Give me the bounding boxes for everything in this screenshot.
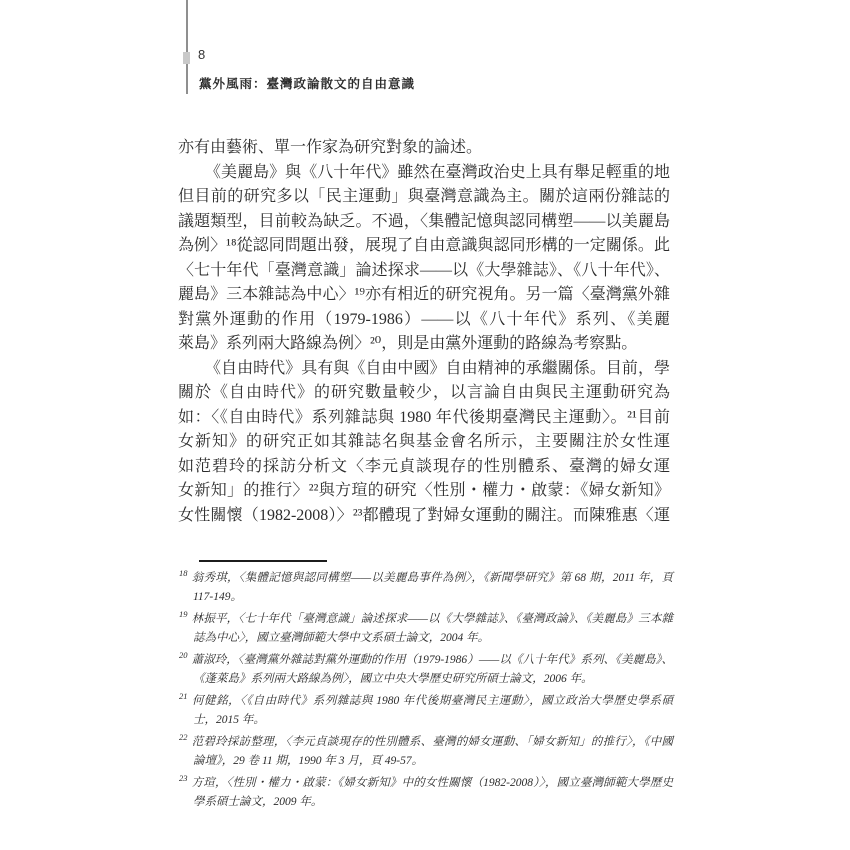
body-line: 《自由時代》具有與《自由中國》自由精神的承繼關係。目前，學界	[178, 357, 670, 382]
body-line: 為例〉¹⁸從認同問題出發，展現了自由意識與認同形構的一定關係。此外，	[178, 234, 670, 259]
body-line: 議題類型，目前較為缺乏。不過，〈集體記憶與認同構塑——以美麗島事件	[178, 210, 670, 235]
footnotes-block: 18翁秀琪，〈集體記憶與認同構塑——以美麗島事件為例〉，《新聞學研究》第 68 …	[179, 569, 673, 815]
footnote-number: 19	[179, 609, 188, 619]
footnote-number: 23	[179, 773, 188, 783]
footnote-text: 蕭淑玲，〈臺灣黨外雜誌對黨外運動的作用（1979-1986）——以《八十年代》系…	[192, 654, 674, 685]
book-page: 8 黨外風雨：臺灣政論散文的自由意識 亦有由藝術、單一作家為研究對象的論述。 《…	[0, 0, 850, 850]
footnote: 22范碧玲採訪整理，〈李元貞談現存的性別體系、臺灣的婦女運動、「婦女新知」的推行…	[179, 733, 673, 770]
running-header-title: 黨外風雨：臺灣政論散文的自由意識	[199, 74, 415, 92]
body-line: 但目前的研究多以「民主運動」與臺灣意識為主。關於這兩份雜誌的自由	[178, 185, 670, 210]
body-line: 如范碧玲的採訪分析文〈李元貞談現存的性別體系、臺灣的婦女運動、「婦	[178, 455, 670, 480]
body-line: 女性關懷（1982-2008）〉²³都體現了對婦女運動的關注。而陳雅惠〈運動	[178, 504, 670, 529]
body-line: 亦有由藝術、單一作家為研究對象的論述。	[178, 136, 670, 161]
margin-rule	[186, 0, 188, 94]
body-line: 麗島》三本雜誌為中心〉¹⁹亦有相近的研究視角。另一篇〈臺灣黨外雜誌	[178, 283, 670, 308]
body-line: 對黨外運動的作用（1979-1986）——以《八十年代》系列、《美麗島》、《蓬	[178, 308, 670, 333]
body-line: 〈七十年代「臺灣意識」論述探求——以《大學雜誌》、《八十年代》、《美	[178, 259, 670, 284]
footnote: 21何健銘，〈《自由時代》系列雜誌與 1980 年代後期臺灣民主運動〉，國立政治…	[179, 692, 673, 729]
footnote-text: 林振平，〈七十年代「臺灣意識」論述探求——以《大學雜誌》、《臺灣政論》、《美麗島…	[192, 613, 674, 644]
footnote-number: 21	[179, 691, 188, 701]
footnote-text: 范碧玲採訪整理，〈李元貞談現存的性別體系、臺灣的婦女運動、「婦女新知」的推行〉，…	[192, 736, 674, 767]
footnote-number: 20	[179, 650, 188, 660]
footnote-text: 何健銘，〈《自由時代》系列雜誌與 1980 年代後期臺灣民主運動〉，國立政治大學…	[192, 695, 674, 726]
footnote-number: 18	[179, 568, 188, 578]
body-line: 萊島》系列兩大路線為例〉²⁰，則是由黨外運動的路線為考察點。	[178, 332, 670, 357]
footnote: 19林振平，〈七十年代「臺灣意識」論述探求——以《大學雜誌》、《臺灣政論》、《美…	[179, 610, 673, 647]
page-number-tick	[183, 52, 190, 64]
footnote-divider	[199, 560, 327, 562]
footnote-text: 方瑄，〈性別・權力・啟蒙：《婦女新知》中的女性關懷（1982-2008）〉，國立…	[192, 777, 674, 808]
body-line: 《美麗島》與《八十年代》雖然在臺灣政治史上具有舉足輕重的地位，	[178, 161, 670, 186]
body-text-block: 亦有由藝術、單一作家為研究對象的論述。 《美麗島》與《八十年代》雖然在臺灣政治史…	[178, 136, 670, 528]
body-line: 女新知」的推行〉²²與方瑄的研究〈性別・權力・啟蒙：《婦女新知》中的	[178, 479, 670, 504]
body-line: 女新知》的研究正如其雜誌名與基金會名所示，主要關注於女性運動。例	[178, 430, 670, 455]
footnote-text: 翁秀琪，〈集體記憶與認同構塑——以美麗島事件為例〉，《新聞學研究》第 68 期，…	[192, 572, 674, 603]
footnote: 18翁秀琪，〈集體記憶與認同構塑——以美麗島事件為例〉，《新聞學研究》第 68 …	[179, 569, 673, 606]
footnote: 20蕭淑玲，〈臺灣黨外雜誌對黨外運動的作用（1979-1986）——以《八十年代…	[179, 651, 673, 688]
footnote-number: 22	[179, 732, 188, 742]
page-number: 8	[198, 47, 205, 62]
footnote: 23方瑄，〈性別・權力・啟蒙：《婦女新知》中的女性關懷（1982-2008）〉，…	[179, 774, 673, 811]
body-line: 關於《自由時代》的研究數量較少，以言論自由與民主運動研究為主，例	[178, 381, 670, 406]
body-line: 如：〈《自由時代》系列雜誌與 1980 年代後期臺灣民主運動〉。²¹目前《婦	[178, 406, 670, 431]
